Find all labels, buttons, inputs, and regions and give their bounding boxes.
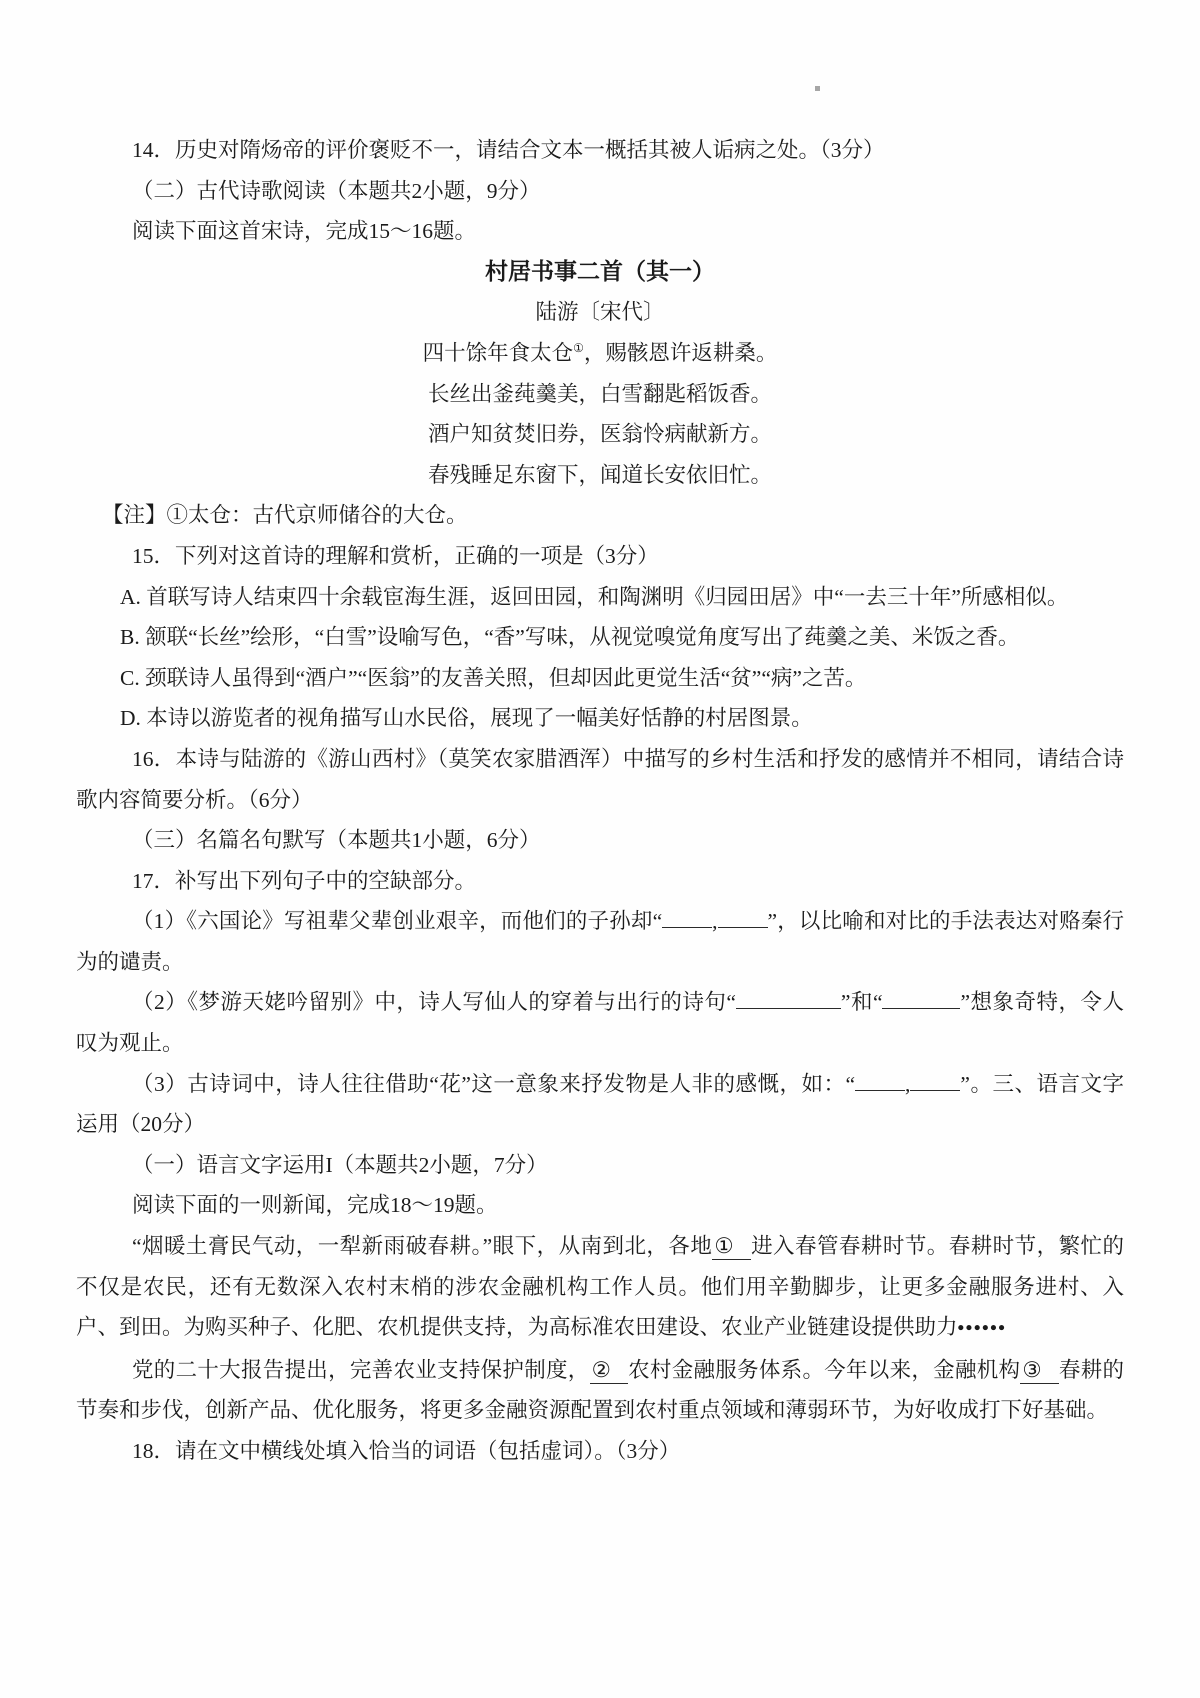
- section-heading-dictation: （三）名篇名句默写（本题共1小题，6分）: [76, 820, 1124, 861]
- question-15-option-a: A. 首联写诗人结束四十余载宦海生涯，返回田园，和陶渊明《归园田居》中“一去三十…: [76, 577, 1124, 618]
- news-p1-text: “烟暖土膏民气动，一犁新雨破春耕。”眼下，从南到北，各地: [132, 1234, 712, 1258]
- poem-line-1-text: 四十馀年食太仓: [423, 341, 574, 365]
- question-15-option-b: B. 颔联“长丝”绘形，“白雪”设喻写色，“香”写味，从视觉嗅觉角度写出了莼羹之…: [76, 617, 1124, 658]
- page-content: 14．历史对隋炀帝的评价褒贬不一，请结合文本一概括其被人诟病之处。（3分） （二…: [76, 130, 1124, 1472]
- poem-line-3: 酒户知贫焚旧券，医翁怜病献新方。: [76, 414, 1124, 455]
- answer-blank: [910, 1070, 960, 1090]
- question-17-item-2: （2）《梦游天姥吟留别》中，诗人写仙人的穿着与出行的诗句“”和“”想象奇特，令人…: [76, 982, 1124, 1063]
- footnote-marker-1: ①: [573, 341, 584, 355]
- circled-number-2: ②: [592, 1358, 612, 1382]
- circled-number-3: ③: [1022, 1358, 1042, 1382]
- answer-blank: [662, 908, 712, 928]
- item-2-and: ”和“: [841, 990, 883, 1014]
- question-15-option-c: C. 颈联诗人虽得到“酒户”“医翁”的友善关照，但却因此更觉生活“贫”“病”之苦…: [76, 658, 1124, 699]
- answer-blank: [736, 989, 841, 1009]
- section-heading-poetry: （二）古代诗歌阅读（本题共2小题，9分）: [76, 171, 1124, 212]
- item-3-text: （3）古诗词中，诗人往往借助“花”这一意象来抒发物是人非的感慨，如：“: [132, 1072, 855, 1096]
- answer-blank: [855, 1070, 905, 1090]
- numbered-blank-1: ①: [712, 1234, 751, 1260]
- answer-blank: [882, 989, 960, 1009]
- poem-title: 村居书事二首（其一）: [76, 252, 1124, 293]
- ellipsis-dots: ••••••: [958, 1318, 1007, 1339]
- poetry-intro: 阅读下面这首宋诗，完成15～16题。: [76, 211, 1124, 252]
- question-17-stem: 17．补写出下列句子中的空缺部分。: [76, 861, 1124, 902]
- question-18: 18．请在文中横线处填入恰当的词语（包括虚词）。（3分）: [76, 1431, 1124, 1472]
- poem-line-4: 春残睡足东窗下，闻道长安依旧忙。: [76, 455, 1124, 496]
- item-2-text: （2）《梦游天姥吟留别》中，诗人写仙人的穿着与出行的诗句“: [132, 990, 736, 1014]
- poem-line-1-rest: ，赐骸恩许返耕桑。: [584, 341, 778, 365]
- poem-line-1: 四十馀年食太仓①，赐骸恩许返耕桑。: [76, 333, 1124, 374]
- question-16: 16．本诗与陆游的《游山西村》（莫笑农家腊酒浑）中描写的乡村生活和抒发的感情并不…: [76, 739, 1124, 820]
- scan-speck: [815, 86, 820, 91]
- news-paragraph-1: “烟暖土膏民气动，一犁新雨破春耕。”眼下，从南到北，各地①进入春管春耕时节。春耕…: [76, 1226, 1124, 1350]
- question-17-item-3: （3）古诗词中，诗人往往借助“花”这一意象来抒发物是人非的感慨，如：“,”。三、…: [76, 1064, 1124, 1145]
- news-intro: 阅读下面的一则新闻，完成18～19题。: [76, 1185, 1124, 1226]
- exam-paper-page: 14．历史对隋炀帝的评价褒贬不一，请结合文本一概括其被人诟病之处。（3分） （二…: [0, 0, 1200, 1698]
- poem-line-2: 长丝出釜莼羹美，白雪翻匙稻饭香。: [76, 374, 1124, 415]
- question-14: 14．历史对隋炀帝的评价褒贬不一，请结合文本一概括其被人诟病之处。（3分）: [76, 130, 1124, 171]
- news-p2-text-mid: 农村金融服务体系。今年以来，金融机构: [628, 1358, 1020, 1382]
- numbered-blank-2: ②: [590, 1358, 629, 1384]
- answer-blank: [718, 908, 768, 928]
- circled-number-1: ①: [714, 1234, 734, 1258]
- numbered-blank-3: ③: [1020, 1358, 1059, 1384]
- poem-footnote: 【注】①太仓：古代京师储谷的大仓。: [76, 495, 1124, 536]
- question-17-item-1: （1）《六国论》写祖辈父辈创业艰辛，而他们的子孙却“,”，以比喻和对比的手法表达…: [76, 901, 1124, 982]
- section-heading-language-1: （一）语言文字运用I（本题共2小题，7分）: [76, 1145, 1124, 1186]
- question-15-option-d: D. 本诗以游览者的视角描写山水民俗，展现了一幅美好恬静的村居图景。: [76, 698, 1124, 739]
- item-1-text: （1）《六国论》写祖辈父辈创业艰辛，而他们的子孙却“: [132, 909, 662, 933]
- poem-author: 陆游〔宋代〕: [76, 292, 1124, 333]
- news-paragraph-2: 党的二十大报告提出，完善农业支持保护制度，②农村金融服务体系。今年以来，金融机构…: [76, 1350, 1124, 1431]
- news-p2-text: 党的二十大报告提出，完善农业支持保护制度，: [132, 1358, 590, 1382]
- item-3-text-end: ”。: [960, 1072, 992, 1096]
- question-15-stem: 15．下列对这首诗的理解和赏析，正确的一项是（3分）: [76, 536, 1124, 577]
